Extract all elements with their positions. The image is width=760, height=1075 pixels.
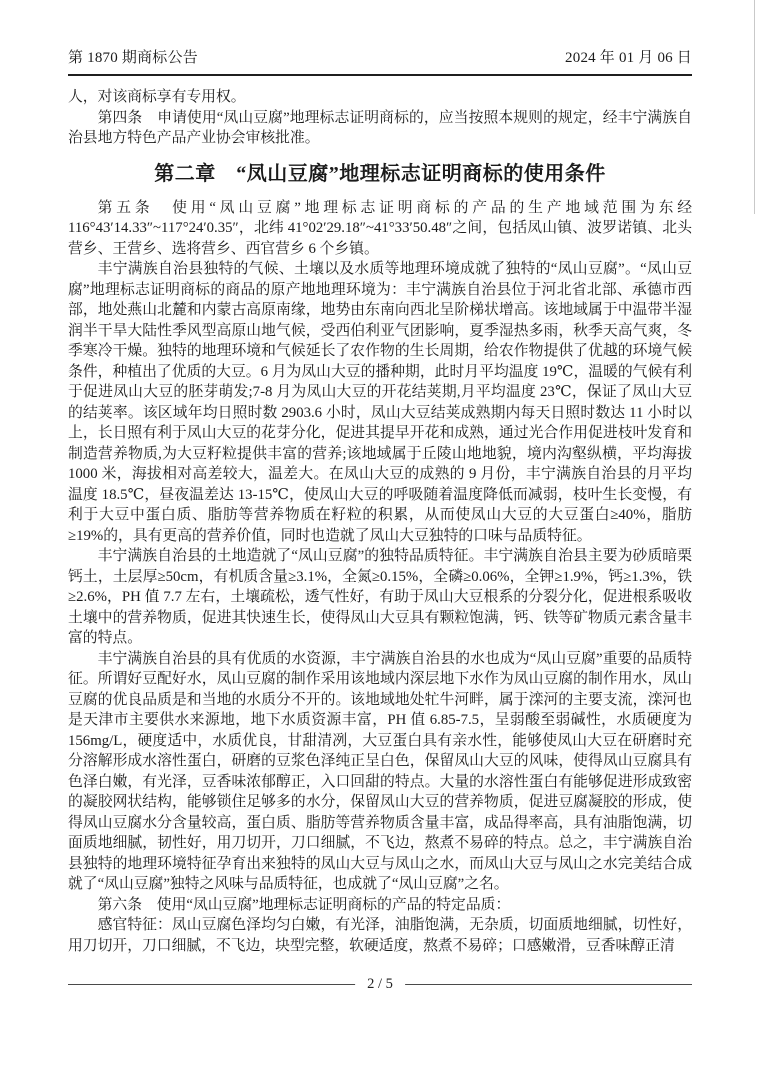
gazette-issue-title: 第 1870 期商标公告: [68, 46, 198, 67]
body-paragraph: 第五条 使用“凤山豆腐”地理标志证明商标的产品的生产地域范围为东经 116°43…: [68, 198, 692, 260]
document-page: 第 1870 期商标公告 2024 年 01 月 06 日 人，对该商标享有专用…: [0, 0, 760, 1075]
page-number: 2 / 5: [355, 976, 405, 993]
gazette-date: 2024 年 01 月 06 日: [565, 46, 692, 67]
body-paragraph: 第四条 申请使用“凤山豆腐”地理标志证明商标的，应当按照本规则的规定，经丰宁满族…: [68, 108, 692, 149]
body-paragraph: 感官特征：凤山豆腐色泽均匀白嫩，有光泽，油脂饱满，无杂质，切面质地细腻，切性好，…: [68, 915, 692, 956]
body-paragraph: 丰宁满族自治县独特的气候、土壤以及水质等地理环境成就了独特的“凤山豆腐”。“凤山…: [68, 259, 692, 546]
body-paragraph: 人，对该商标享有专用权。: [68, 87, 692, 108]
page-footer: 2 / 5: [68, 984, 692, 985]
header-rule: [68, 74, 692, 76]
body-paragraph: 第六条 使用“凤山豆腐”地理标志证明商标的产品的特定品质：: [68, 895, 692, 916]
chapter-heading: 第二章 “凤山豆腐”地理标志证明商标的使用条件: [68, 161, 692, 188]
body-paragraph: 丰宁满族自治县的具有优质的水资源，丰宁满族自治县的水也成为“凤山豆腐”重要的品质…: [68, 649, 692, 895]
page-header: 第 1870 期商标公告 2024 年 01 月 06 日: [68, 46, 692, 67]
body-paragraph: 丰宁满族自治县的土地造就了“凤山豆腐”的独特品质特征。丰宁满族自治县主要为砂质暗…: [68, 546, 692, 649]
document-body: 人，对该商标享有专用权。第四条 申请使用“凤山豆腐”地理标志证明商标的，应当按照…: [68, 87, 692, 956]
scan-edge-line: [754, 0, 755, 214]
